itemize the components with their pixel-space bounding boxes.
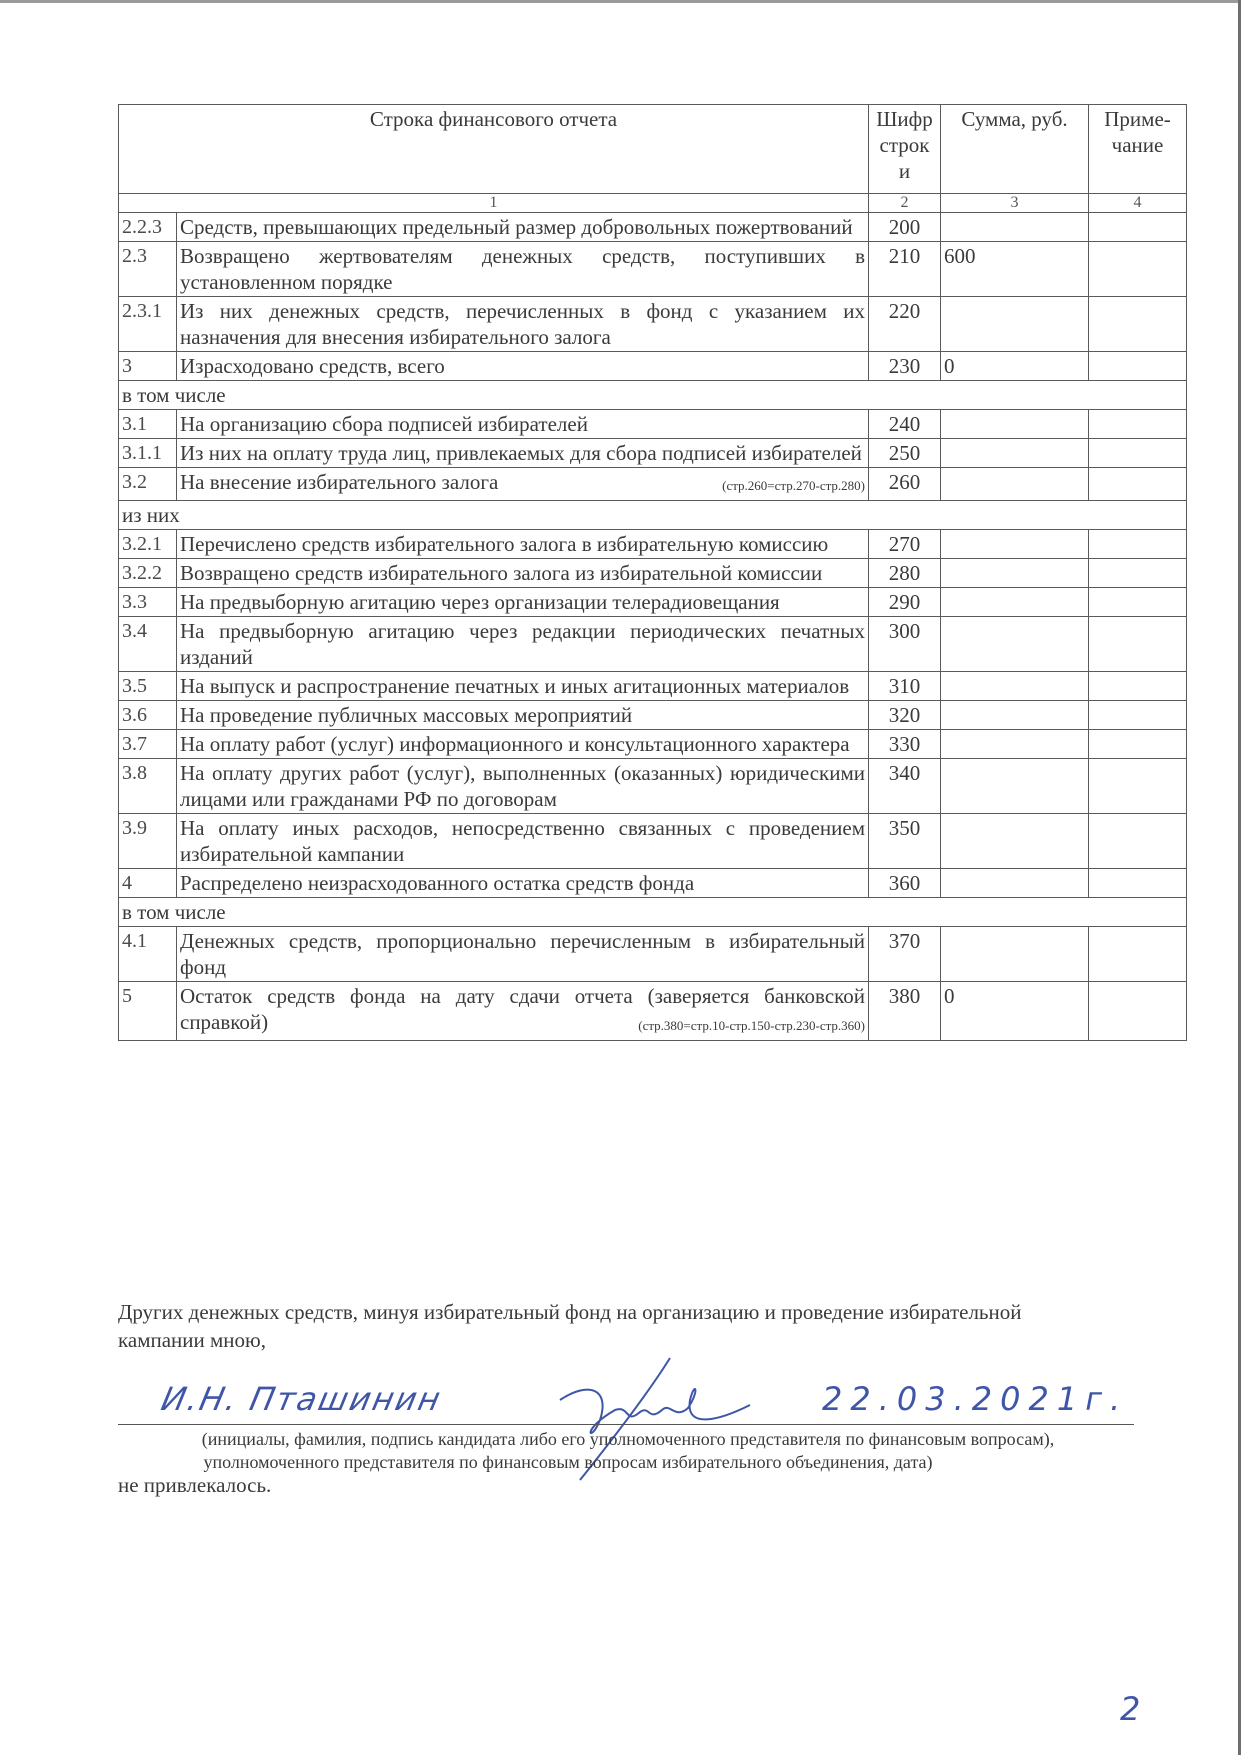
row-number: 3.4 <box>119 617 177 672</box>
table-row: 3.2.2Возвращено средств избирательного з… <box>119 559 1187 588</box>
row-amount <box>941 439 1089 468</box>
row-code: 210 <box>869 242 941 297</box>
table-row: 3.1На организацию сбора подписей избират… <box>119 410 1187 439</box>
header-amount: Сумма, руб. <box>941 105 1089 194</box>
row-label: Из них на оплату труда лиц, привлекаемых… <box>177 439 869 468</box>
table-row: 3.7На оплату работ (услуг) информационно… <box>119 730 1187 759</box>
row-amount <box>941 588 1089 617</box>
row-label: Возвращено жертвователям денежных средст… <box>177 242 869 297</box>
row-note <box>1089 559 1187 588</box>
row-label-text: Возвращено средств избирательного залога… <box>180 561 822 585</box>
scan-edge-top <box>0 0 1241 3</box>
row-code: 230 <box>869 352 941 381</box>
row-number: 5 <box>119 982 177 1041</box>
header-report-line: Строка финансового отчета <box>119 105 869 194</box>
row-amount <box>941 814 1089 869</box>
financial-report-table: Строка финансового отчета Шифр строк и С… <box>118 104 1187 1041</box>
row-number: 3 <box>119 352 177 381</box>
report-body: 2.2.3Средств, превышающих предельный раз… <box>119 213 1187 1041</box>
row-amount: 0 <box>941 982 1089 1041</box>
row-note <box>1089 927 1187 982</box>
header-line-code: Шифр строк и <box>869 105 941 194</box>
row-label: Средств, превышающих предельный размер д… <box>177 213 869 242</box>
row-number: 3.1 <box>119 410 177 439</box>
row-number: 3.5 <box>119 672 177 701</box>
row-formula: (стр.260=стр.270-стр.280) <box>722 473 865 499</box>
row-label: Возвращено средств избирательного залога… <box>177 559 869 588</box>
row-amount <box>941 701 1089 730</box>
row-amount <box>941 297 1089 352</box>
row-number: 4.1 <box>119 927 177 982</box>
row-number: 3.3 <box>119 588 177 617</box>
table-row: 3.6На проведение публичных массовых меро… <box>119 701 1187 730</box>
table-row: 2.3.1Из них денежных средств, перечислен… <box>119 297 1187 352</box>
row-note <box>1089 730 1187 759</box>
closing-text: не привлекалось. <box>118 1472 271 1498</box>
row-note <box>1089 869 1187 898</box>
header-code-part: Шифр <box>876 107 933 131</box>
table-row: 3.5На выпуск и распространение печатных … <box>119 672 1187 701</box>
row-note <box>1089 297 1187 352</box>
row-label: На проведение публичных массовых меропри… <box>177 701 869 730</box>
subheading: в том числе <box>119 898 1187 927</box>
column-index: 2 <box>869 194 941 213</box>
row-number: 3.8 <box>119 759 177 814</box>
row-label: На предвыборную агитацию через организац… <box>177 588 869 617</box>
row-amount <box>941 672 1089 701</box>
row-label-text: Израсходовано средств, всего <box>180 354 445 378</box>
row-label: На предвыборную агитацию через редакции … <box>177 617 869 672</box>
row-note <box>1089 701 1187 730</box>
row-label: На оплату иных расходов, непосредственно… <box>177 814 869 869</box>
column-index: 1 <box>119 194 869 213</box>
table-row: 3.1.1Из них на оплату труда лиц, привлек… <box>119 439 1187 468</box>
row-label-text: Средств, превышающих предельный размер д… <box>180 215 853 239</box>
table-row: 3Израсходовано средств, всего2300 <box>119 352 1187 381</box>
table-row: 2.2.3Средств, превышающих предельный раз… <box>119 213 1187 242</box>
row-label: На оплату других работ (услуг), выполнен… <box>177 759 869 814</box>
row-label-text: Из них денежных средств, перечисленных в… <box>180 299 865 349</box>
row-number: 3.7 <box>119 730 177 759</box>
row-number: 3.9 <box>119 814 177 869</box>
row-note <box>1089 242 1187 297</box>
row-amount <box>941 468 1089 501</box>
row-note <box>1089 213 1187 242</box>
table-header-row: Строка финансового отчета Шифр строк и С… <box>119 105 1187 194</box>
row-code: 370 <box>869 927 941 982</box>
table-row: 3.9На оплату иных расходов, непосредстве… <box>119 814 1187 869</box>
row-code: 200 <box>869 213 941 242</box>
row-amount <box>941 869 1089 898</box>
row-amount: 600 <box>941 242 1089 297</box>
row-number: 3.2 <box>119 468 177 501</box>
row-note <box>1089 982 1187 1041</box>
header-code-part: и <box>899 159 910 183</box>
row-amount <box>941 530 1089 559</box>
row-code: 270 <box>869 530 941 559</box>
table-row: 4Распределено неизрасходованного остатка… <box>119 869 1187 898</box>
footer-statement: Других денежных средств, минуя избирател… <box>118 1298 1078 1354</box>
row-note <box>1089 672 1187 701</box>
row-code: 310 <box>869 672 941 701</box>
table-row: 4.1Денежных средств, пропорционально пер… <box>119 927 1187 982</box>
row-label-text: На выпуск и распространение печатных и и… <box>180 674 849 698</box>
signature-line <box>118 1424 1134 1425</box>
row-note <box>1089 759 1187 814</box>
row-amount <box>941 559 1089 588</box>
row-label: На выпуск и распространение печатных и и… <box>177 672 869 701</box>
row-note <box>1089 352 1187 381</box>
row-code: 250 <box>869 439 941 468</box>
table-row: 3.8На оплату других работ (услуг), выпол… <box>119 759 1187 814</box>
table-row: 5Остаток средств фонда на дату сдачи отч… <box>119 982 1187 1041</box>
row-code: 350 <box>869 814 941 869</box>
row-note <box>1089 530 1187 559</box>
page-number: 2 <box>1120 1690 1140 1728</box>
handwritten-date: 22.03.2021г. <box>822 1380 1128 1418</box>
column-index: 4 <box>1089 194 1187 213</box>
row-label-text: На оплату иных расходов, непосредственно… <box>180 816 865 866</box>
row-code: 220 <box>869 297 941 352</box>
row-note <box>1089 588 1187 617</box>
row-label-text: На оплату работ (услуг) информационного … <box>180 732 850 756</box>
row-number: 3.6 <box>119 701 177 730</box>
subheading: в том числе <box>119 381 1187 410</box>
row-label-text: На внесение избирательного залога <box>180 470 498 494</box>
row-label: На внесение избирательного залога(стр.26… <box>177 468 869 501</box>
row-number: 3.2.2 <box>119 559 177 588</box>
row-label-text: На проведение публичных массовых меропри… <box>180 703 632 727</box>
row-note <box>1089 468 1187 501</box>
row-label: Израсходовано средств, всего <box>177 352 869 381</box>
table-row: 3.2.1Перечислено средств избирательного … <box>119 530 1187 559</box>
table-row: 3.3На предвыборную агитацию через органи… <box>119 588 1187 617</box>
row-label-text: На организацию сбора подписей избирателе… <box>180 412 588 436</box>
row-amount <box>941 759 1089 814</box>
signature-caption: (инициалы, фамилия, подпись кандидата ли… <box>118 1428 1138 1474</box>
row-amount <box>941 617 1089 672</box>
caption-line-1: (инициалы, фамилия, подпись кандидата ли… <box>202 1429 1054 1449</box>
row-label-text: На оплату других работ (услуг), выполнен… <box>180 761 865 811</box>
row-formula: (стр.380=стр.10-стр.150-стр.230-стр.360) <box>638 1013 865 1039</box>
row-number: 2.3.1 <box>119 297 177 352</box>
row-code: 320 <box>869 701 941 730</box>
row-note <box>1089 410 1187 439</box>
row-label-text: Распределено неизрасходованного остатка … <box>180 871 694 895</box>
handwritten-name: И.Н. Пташинин <box>158 1380 446 1418</box>
row-note <box>1089 617 1187 672</box>
row-label-text: На предвыборную агитацию через организац… <box>180 590 780 614</box>
table-subheading-row: в том числе <box>119 898 1187 927</box>
row-label-text: Из них на оплату труда лиц, привлекаемых… <box>180 441 862 465</box>
row-amount <box>941 730 1089 759</box>
row-number: 2.2.3 <box>119 213 177 242</box>
row-code: 290 <box>869 588 941 617</box>
row-code: 330 <box>869 730 941 759</box>
row-code: 360 <box>869 869 941 898</box>
header-note: Приме- чание <box>1089 105 1187 194</box>
row-amount <box>941 213 1089 242</box>
table-subheading-row: из них <box>119 501 1187 530</box>
row-label: Денежных средств, пропорционально перечи… <box>177 927 869 982</box>
row-amount <box>941 410 1089 439</box>
header-note-part: чание <box>1112 133 1164 157</box>
table-row: 2.3Возвращено жертвователям денежных сре… <box>119 242 1187 297</box>
row-label-text: Возвращено жертвователям денежных средст… <box>180 244 865 294</box>
table-row: 3.2На внесение избирательного залога(стр… <box>119 468 1187 501</box>
row-code: 240 <box>869 410 941 439</box>
row-label: Перечислено средств избирательного залог… <box>177 530 869 559</box>
row-code: 300 <box>869 617 941 672</box>
row-number: 2.3 <box>119 242 177 297</box>
header-code-part: строк <box>880 133 930 157</box>
row-number: 3.1.1 <box>119 439 177 468</box>
column-index: 3 <box>941 194 1089 213</box>
column-index-row: 1 2 3 4 <box>119 194 1187 213</box>
row-code: 380 <box>869 982 941 1041</box>
row-label: Распределено неизрасходованного остатка … <box>177 869 869 898</box>
row-note <box>1089 439 1187 468</box>
header-note-part: Приме- <box>1104 107 1171 131</box>
row-code: 280 <box>869 559 941 588</box>
subheading: из них <box>119 501 1187 530</box>
row-label: На организацию сбора подписей избирателе… <box>177 410 869 439</box>
row-label: Остаток средств фонда на дату сдачи отче… <box>177 982 869 1041</box>
row-note <box>1089 814 1187 869</box>
row-label-text: Перечислено средств избирательного залог… <box>180 532 828 556</box>
row-amount: 0 <box>941 352 1089 381</box>
row-label-text: На предвыборную агитацию через редакции … <box>180 619 865 669</box>
caption-line-2: уполномоченного представителя по финансо… <box>118 1451 1138 1474</box>
row-label-text: Денежных средств, пропорционально перечи… <box>180 929 865 979</box>
table-subheading-row: в том числе <box>119 381 1187 410</box>
row-label: На оплату работ (услуг) информационного … <box>177 730 869 759</box>
row-code: 260 <box>869 468 941 501</box>
table-row: 3.4На предвыборную агитацию через редакц… <box>119 617 1187 672</box>
row-number: 4 <box>119 869 177 898</box>
row-number: 3.2.1 <box>119 530 177 559</box>
row-amount <box>941 927 1089 982</box>
row-code: 340 <box>869 759 941 814</box>
row-label: Из них денежных средств, перечисленных в… <box>177 297 869 352</box>
